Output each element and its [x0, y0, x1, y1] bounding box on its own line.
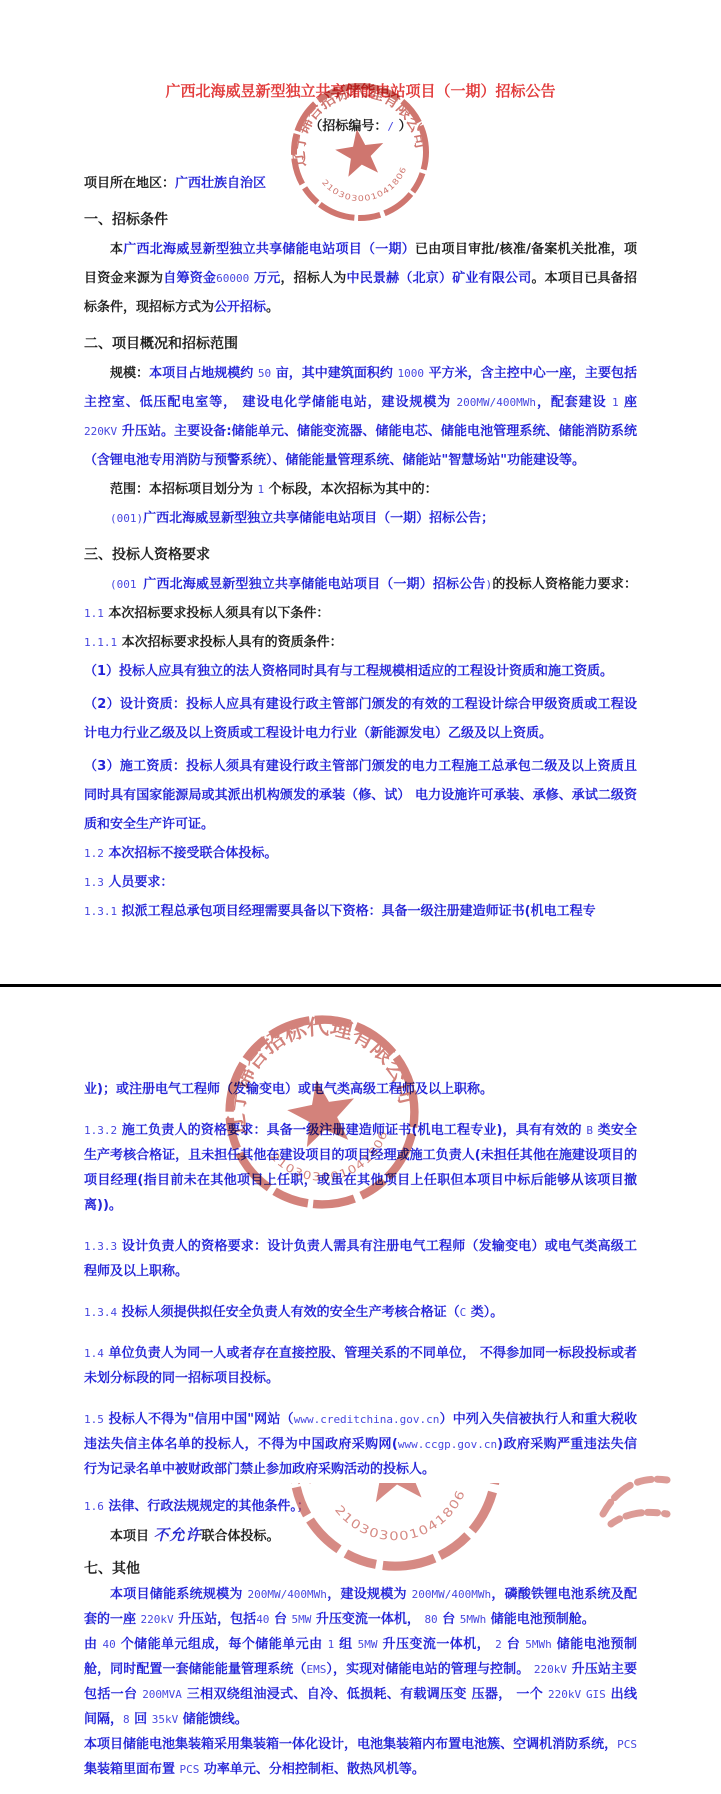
section-heading: 二、项目概况和招标范围: [84, 330, 637, 359]
paragraph: 本项目储能电池集装箱采用集装箱一体化设计，电池集装箱内布置电池簇、空调机消防系统…: [84, 1732, 637, 1782]
paragraph: 规模：本项目占地规模约 50 亩，其中建筑面积约 1000 平方米，含主控中心一…: [84, 359, 637, 475]
official-seal-top: 辽宁锦合招标代理有限公司 210303001041806: [275, 67, 444, 236]
paragraph: 由 40 个储能单元组成，每个储能单元由 1 组 5MW 升压变流一体机， 2 …: [84, 1632, 637, 1732]
seal-number-text: 210303001041806: [331, 1486, 473, 1550]
official-seal: 辽宁锦合招标代理有限公司 210303001041806: [270, 1483, 521, 1578]
seal-ink-fragment: [595, 1462, 675, 1532]
paragraph: 1.2 本次招标不接受联合体投标。: [84, 839, 637, 868]
paragraph: (001)广西北海威昱新型独立共享储能电站项目（一期）招标公告；: [84, 504, 637, 533]
seal-star-icon: [354, 1483, 435, 1504]
page-divider: [0, 984, 721, 987]
paragraph: (001 广西北海威昱新型独立共享储能电站项目（一期）招标公告)的投标人资格能力…: [84, 570, 637, 628]
paragraph: 1.1.1 本次招标要求投标人具有的资质条件：: [84, 628, 637, 657]
paragraph: 1.3 人员要求：: [84, 868, 637, 897]
seal-star-icon: [283, 1074, 361, 1149]
paragraph: （1）投标人应具有独立的法人资格同时具有与工程规模相适应的工程设计资质和施工资质…: [84, 657, 637, 686]
seal-star-icon: [333, 126, 387, 178]
paragraph: 本广西北海威昱新型独立共享储能电站项目（一期）已由项目审批/核准/备案机关批准，…: [84, 235, 637, 322]
paragraph: 本项目储能系统规模为 200MW/400MWh，建设规模为 200MW/400M…: [84, 1582, 637, 1632]
paragraph: 1.3.3 设计负责人的资格要求：设计负责人需具有注册电气工程师（发输变电）或电…: [84, 1234, 637, 1284]
section-heading: 三、投标人资格要求: [84, 541, 637, 570]
seal-number-text: 210303001041806: [319, 164, 412, 209]
bidding-announcement-document: { "colors":{"accent_red":"#e23c3c","body…: [0, 0, 721, 1794]
paragraph: 范围：本招标项目划分为 1 个标段，本次招标为其中的：: [84, 475, 637, 504]
paragraph: 1.4 单位负责人为同一人或者存在直接控股、管理关系的不同单位， 不得参加同一标…: [84, 1341, 637, 1391]
paragraph: 1.5 投标人不得为"信用中国"网站（www.creditchina.gov.c…: [84, 1407, 637, 1482]
official-seal-bottom-partial: 辽宁锦合招标代理有限公司 210303001041806: [270, 1483, 530, 1578]
paragraph: （2）设计资质：投标人应具有建设行政主管部门颁发的有效的工程设计综合甲级资质或工…: [84, 690, 637, 748]
paragraph: （3）施工资质：投标人须具有建设行政主管部门颁发的电力工程施工总承包二级及以上资…: [84, 752, 637, 839]
paragraph: 1.3.1 拟派工程总承包项目经理需要具备以下资格：具备一级注册建造师证书(机电…: [84, 897, 637, 926]
paragraph: 1.3.4 投标人须提供拟任安全负责人有效的安全生产考核合格证（C 类）。: [84, 1300, 637, 1325]
official-seal-middle: 辽宁锦合招标代理有限公司 210303001041806: [200, 990, 443, 1233]
